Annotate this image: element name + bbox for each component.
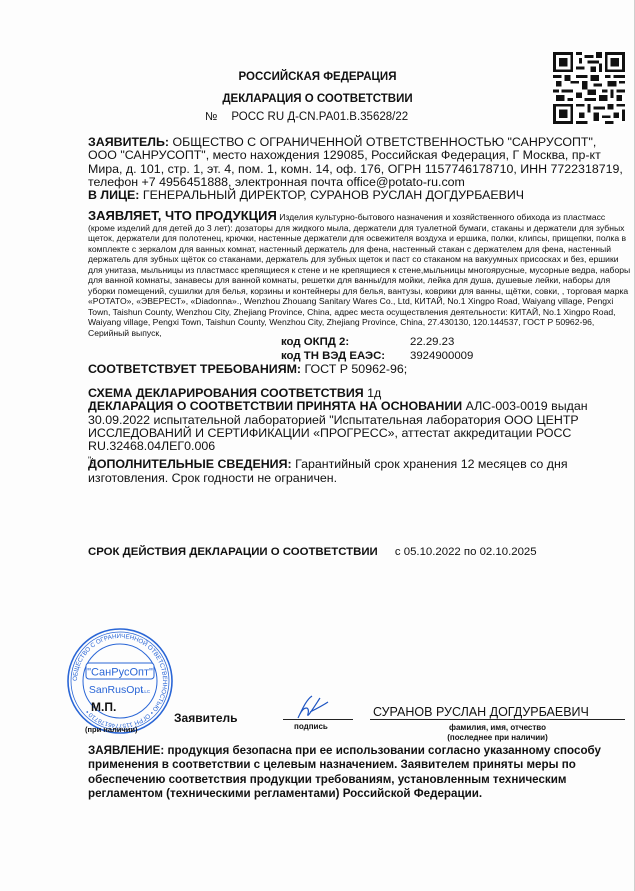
requirements-text: ГОСТ Р 50962-96;: [305, 362, 408, 376]
additional-section: ДОПОЛНИТЕЛЬНЫЕ СВЕДЕНИЯ: Гарантийный сро…: [88, 457, 628, 485]
tnved-value: 3924900009: [410, 350, 473, 362]
represented-by-label: В ЛИЦЕ:: [88, 188, 139, 202]
signature-icon: [292, 692, 332, 722]
name-caption-2: (последнее при наличии): [370, 733, 625, 742]
additional-label: ДОПОЛНИТЕЛЬНЫЕ СВЕДЕНИЯ:: [88, 457, 292, 471]
svg-text:SanRusOpt: SanRusOpt: [89, 684, 143, 696]
signer-full-name: СУРАНОВ РУСЛАН ДОГДУРБАЕВИЧ: [373, 705, 589, 719]
requirements-label: СООТВЕТСТВУЕТ ТРЕБОВАНИЯМ:: [88, 362, 301, 376]
product-label: ЗАЯВЛЯЕТ, ЧТО ПРОДУКЦИЯ: [88, 208, 277, 223]
applicant-section: ЗАЯВИТЕЛЬ: ОБЩЕСТВО С ОГРАНИЧЕННОЙ ОТВЕТ…: [88, 136, 628, 202]
declaration-number: №РОСС RU Д-CN.РА01.В.35628/22: [205, 111, 408, 123]
represented-by-text: ГЕНЕРАЛЬНЫЙ ДИРЕКТОР, СУРАНОВ РУСЛАН ДОГ…: [143, 188, 524, 202]
scheme-value: 1д: [367, 386, 381, 400]
mp-caption: (при наличии): [85, 725, 137, 734]
applicant-role: Заявитель: [174, 711, 238, 725]
product-section: ЗАЯВЛЯЕТ, ЧТО ПРОДУКЦИЯ Изделия культурн…: [88, 211, 633, 338]
svg-text:ОБЩЕСТВО С ОГРАНИЧЕННОЙ ОТВЕТС: ОБЩЕСТВО С ОГРАНИЧЕННОЙ ОТВЕТСТВЕННОСТЬЮ…: [72, 633, 168, 729]
validity-section: СРОК ДЕЙСТВИЯ ДЕКЛАРАЦИИ О СООТВЕТСТВИИ …: [88, 546, 537, 558]
number-value: РОСС RU Д-CN.РА01.В.35628/22: [231, 111, 408, 123]
document-title: ДЕКЛАРАЦИЯ О СООТВЕТСТВИИ: [0, 93, 635, 105]
qr-code-icon: [553, 52, 625, 124]
country-heading: РОССИЙСКАЯ ФЕДЕРАЦИЯ: [0, 71, 635, 83]
requirements-section: СООТВЕТСТВУЕТ ТРЕБОВАНИЯМ: ГОСТ Р 50962-…: [88, 363, 628, 376]
tnved-label: код ТН ВЭД ЕАЭС:: [281, 350, 385, 362]
svg-text:LLC: LLC: [142, 689, 151, 694]
scheme-label: СХЕМА ДЕКЛАРИРОВАНИЯ СООТВЕТСТВИЯ: [88, 386, 364, 400]
validity-label: СРОК ДЕЙСТВИЯ ДЕКЛАРАЦИИ О СООТВЕТСТВИИ: [88, 546, 378, 558]
mp-label: М.П.: [91, 700, 116, 714]
safety-statement: ЗАЯВЛЕНИЕ: продукция безопасна при ее ис…: [88, 744, 608, 801]
applicant-label: ЗАЯВИТЕЛЬ:: [88, 135, 169, 149]
okpd-value: 22.29.23: [410, 336, 454, 348]
product-text: Изделия культурно-бытового назначения и …: [88, 212, 630, 338]
svg-text:"СанРусОпт": "СанРусОпт": [87, 667, 153, 679]
number-sign: №: [205, 111, 217, 123]
declaration-page: РОССИЙСКАЯ ФЕДЕРАЦИЯ ДЕКЛАРАЦИЯ О СООТВЕ…: [0, 0, 635, 891]
basis-label: ДЕКЛАРАЦИЯ О СООТВЕТСТВИИ ПРИНЯТА НА ОСН…: [88, 399, 462, 413]
applicant-text: ОБЩЕСТВО С ОГРАНИЧЕННОЙ ОТВЕТСТВЕННОСТЬЮ…: [88, 135, 623, 189]
basis-section: СХЕМА ДЕКЛАРИРОВАНИЯ СООТВЕТСТВИЯ 1д ДЕК…: [88, 387, 628, 468]
signature-caption: подпись: [294, 722, 328, 731]
okpd-label: код ОКПД 2:: [281, 336, 349, 348]
company-stamp-icon: ОБЩЕСТВО С ОГРАНИЧЕННОЙ ОТВЕТСТВЕННОСТЬЮ…: [66, 627, 174, 735]
validity-value: с 05.10.2022 по 02.10.2025: [395, 546, 537, 558]
name-line: [370, 719, 625, 720]
name-caption-1: фамилия, имя, отчество: [370, 723, 625, 732]
